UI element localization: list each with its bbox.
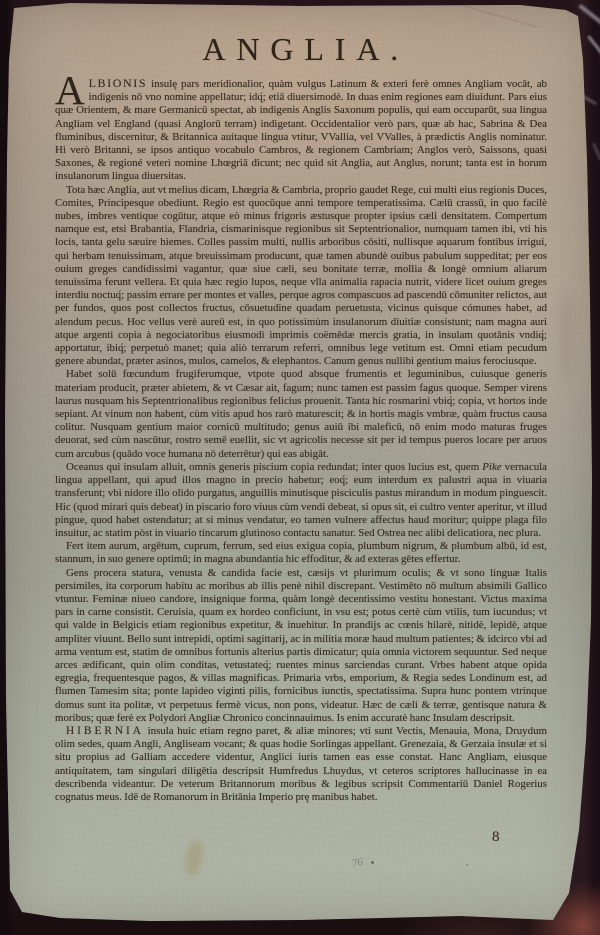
paragraph-habet-solum: Habet solū fœcundum frugiferumque, vtpot… [55,368,547,460]
paragraph-oceanus: Oceanus qui insulam alluit, omnis generi… [55,461,547,540]
paragraph-text: Fert item aurum, argētum, cuprum, ferrum… [55,540,547,565]
paragraph-text: Habet solū fœcundum frugiferumque, vtpot… [55,368,547,459]
paragraph-text: Oceanus qui insulam alluit, omnis generi… [66,461,482,473]
page-number: 8 [492,829,500,846]
page-title: ANGLIA. [55,31,547,68]
lead-word: HIBERNIA [66,725,144,737]
glare-streak [578,4,600,28]
glare-streak [592,143,600,161]
paper-stain [183,839,205,877]
paper-stain [560,290,572,380]
ink-speck [371,861,374,864]
italic-word-pike: Pike [482,461,501,473]
paragraph-gens-procera: Gens procera statura, venusta & candida … [55,567,547,725]
paragraph-fert-item: Fert item aurum, argētum, cuprum, ferrum… [55,540,547,566]
paragraph-albionis: ALBIONIS insulę pars meridionalior, quàm… [55,77,547,184]
drop-cap: A [55,77,89,103]
pencil-annotation: 76 [351,856,364,870]
paragraph-tota-haec: Tota hæc Anglia, aut vt melius dicam, Lh… [55,184,547,369]
paragraph-hibernia: HIBERNIA insula huic etiam regno paret, … [55,725,547,804]
paragraph-text: Tota hæc Anglia, aut vt melius dicam, Lh… [55,184,547,368]
lead-word: LBIONIS [89,76,148,90]
glare-streak [587,35,600,72]
body-text: ALBIONIS insulę pars meridionalior, quàm… [55,77,547,804]
paragraph-text: insulę pars meridionalior, quàm vulgus L… [55,78,547,182]
ink-speck [466,864,468,866]
text-column: ANGLIA. ALBIONIS insulę pars meridionali… [55,0,547,804]
paragraph-text: Gens procera statura, venusta & candida … [55,567,547,724]
book-photo: ANGLIA. ALBIONIS insulę pars meridionali… [0,0,600,935]
book-page: ANGLIA. ALBIONIS insulę pars meridionali… [0,0,600,935]
